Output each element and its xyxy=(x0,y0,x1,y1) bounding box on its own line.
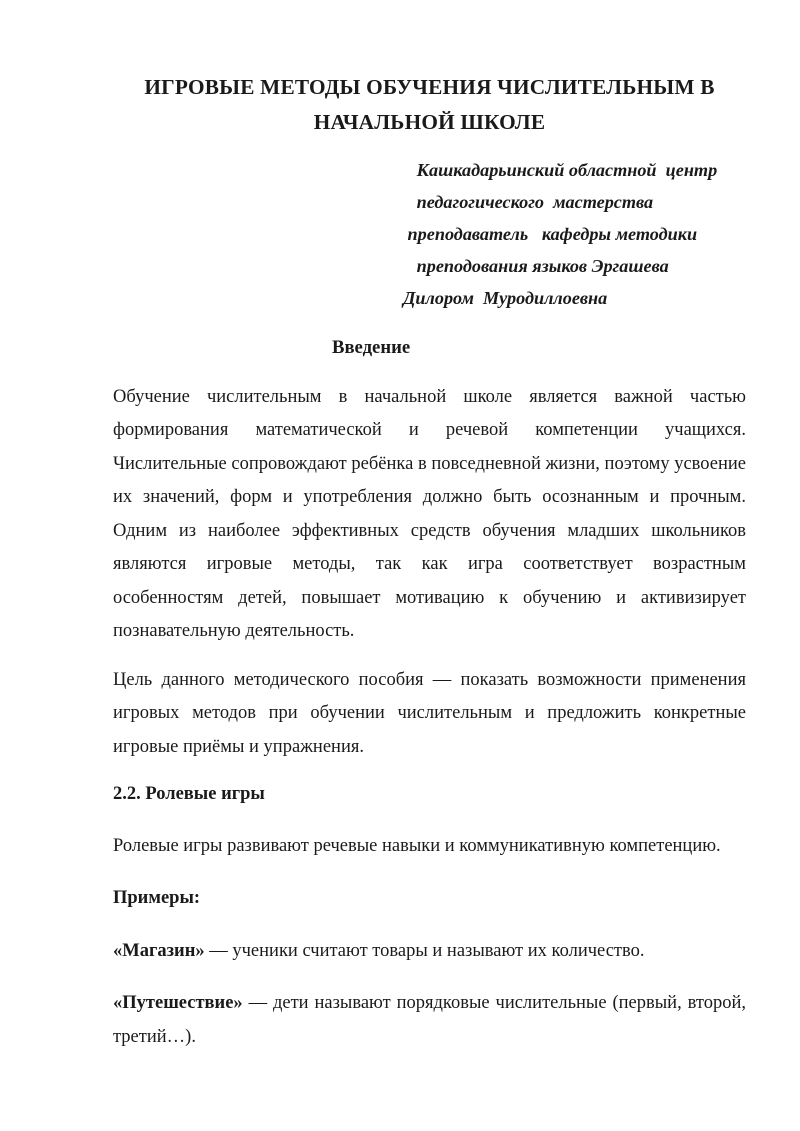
author-line: преподаватель кафедры методики xyxy=(403,218,746,250)
document-page: ИГРОВЫЕ МЕТОДЫ ОБУЧЕНИЯ ЧИСЛИТЕЛЬНЫМ В Н… xyxy=(0,0,800,1131)
example-text: — ученики считают товары и называют их к… xyxy=(205,941,645,961)
section-heading: 2.2. Ролевые игры xyxy=(113,778,746,812)
author-line: педагогического мастерства xyxy=(403,186,746,218)
author-line: Дилором Муродиллоевна xyxy=(403,282,746,314)
examples-label: Примеры: xyxy=(113,882,746,916)
example-term: «Магазин» xyxy=(113,941,205,961)
author-line: Кашкадарьинский областной центр xyxy=(403,154,746,186)
example-puteshestvie: «Путешествие» — дети называют порядковые… xyxy=(113,987,746,1054)
document-title: ИГРОВЫЕ МЕТОДЫ ОБУЧЕНИЯ ЧИСЛИТЕЛЬНЫМ В Н… xyxy=(113,70,746,140)
author-block: Кашкадарьинский областной центр педагоги… xyxy=(403,154,746,314)
author-line: преподования языков Эргашева xyxy=(403,250,746,282)
intro-heading: Введение xyxy=(113,331,746,365)
intro-paragraph-2: Цель данного методического пособия — пок… xyxy=(113,664,746,765)
example-magazin: «Магазин» — ученики считают товары и наз… xyxy=(113,935,746,969)
intro-paragraph-1: Обучение числительным в начальной школе … xyxy=(113,381,746,649)
example-term: «Путешествие» xyxy=(113,993,243,1013)
section-paragraph: Ролевые игры развивают речевые навыки и … xyxy=(113,830,746,864)
